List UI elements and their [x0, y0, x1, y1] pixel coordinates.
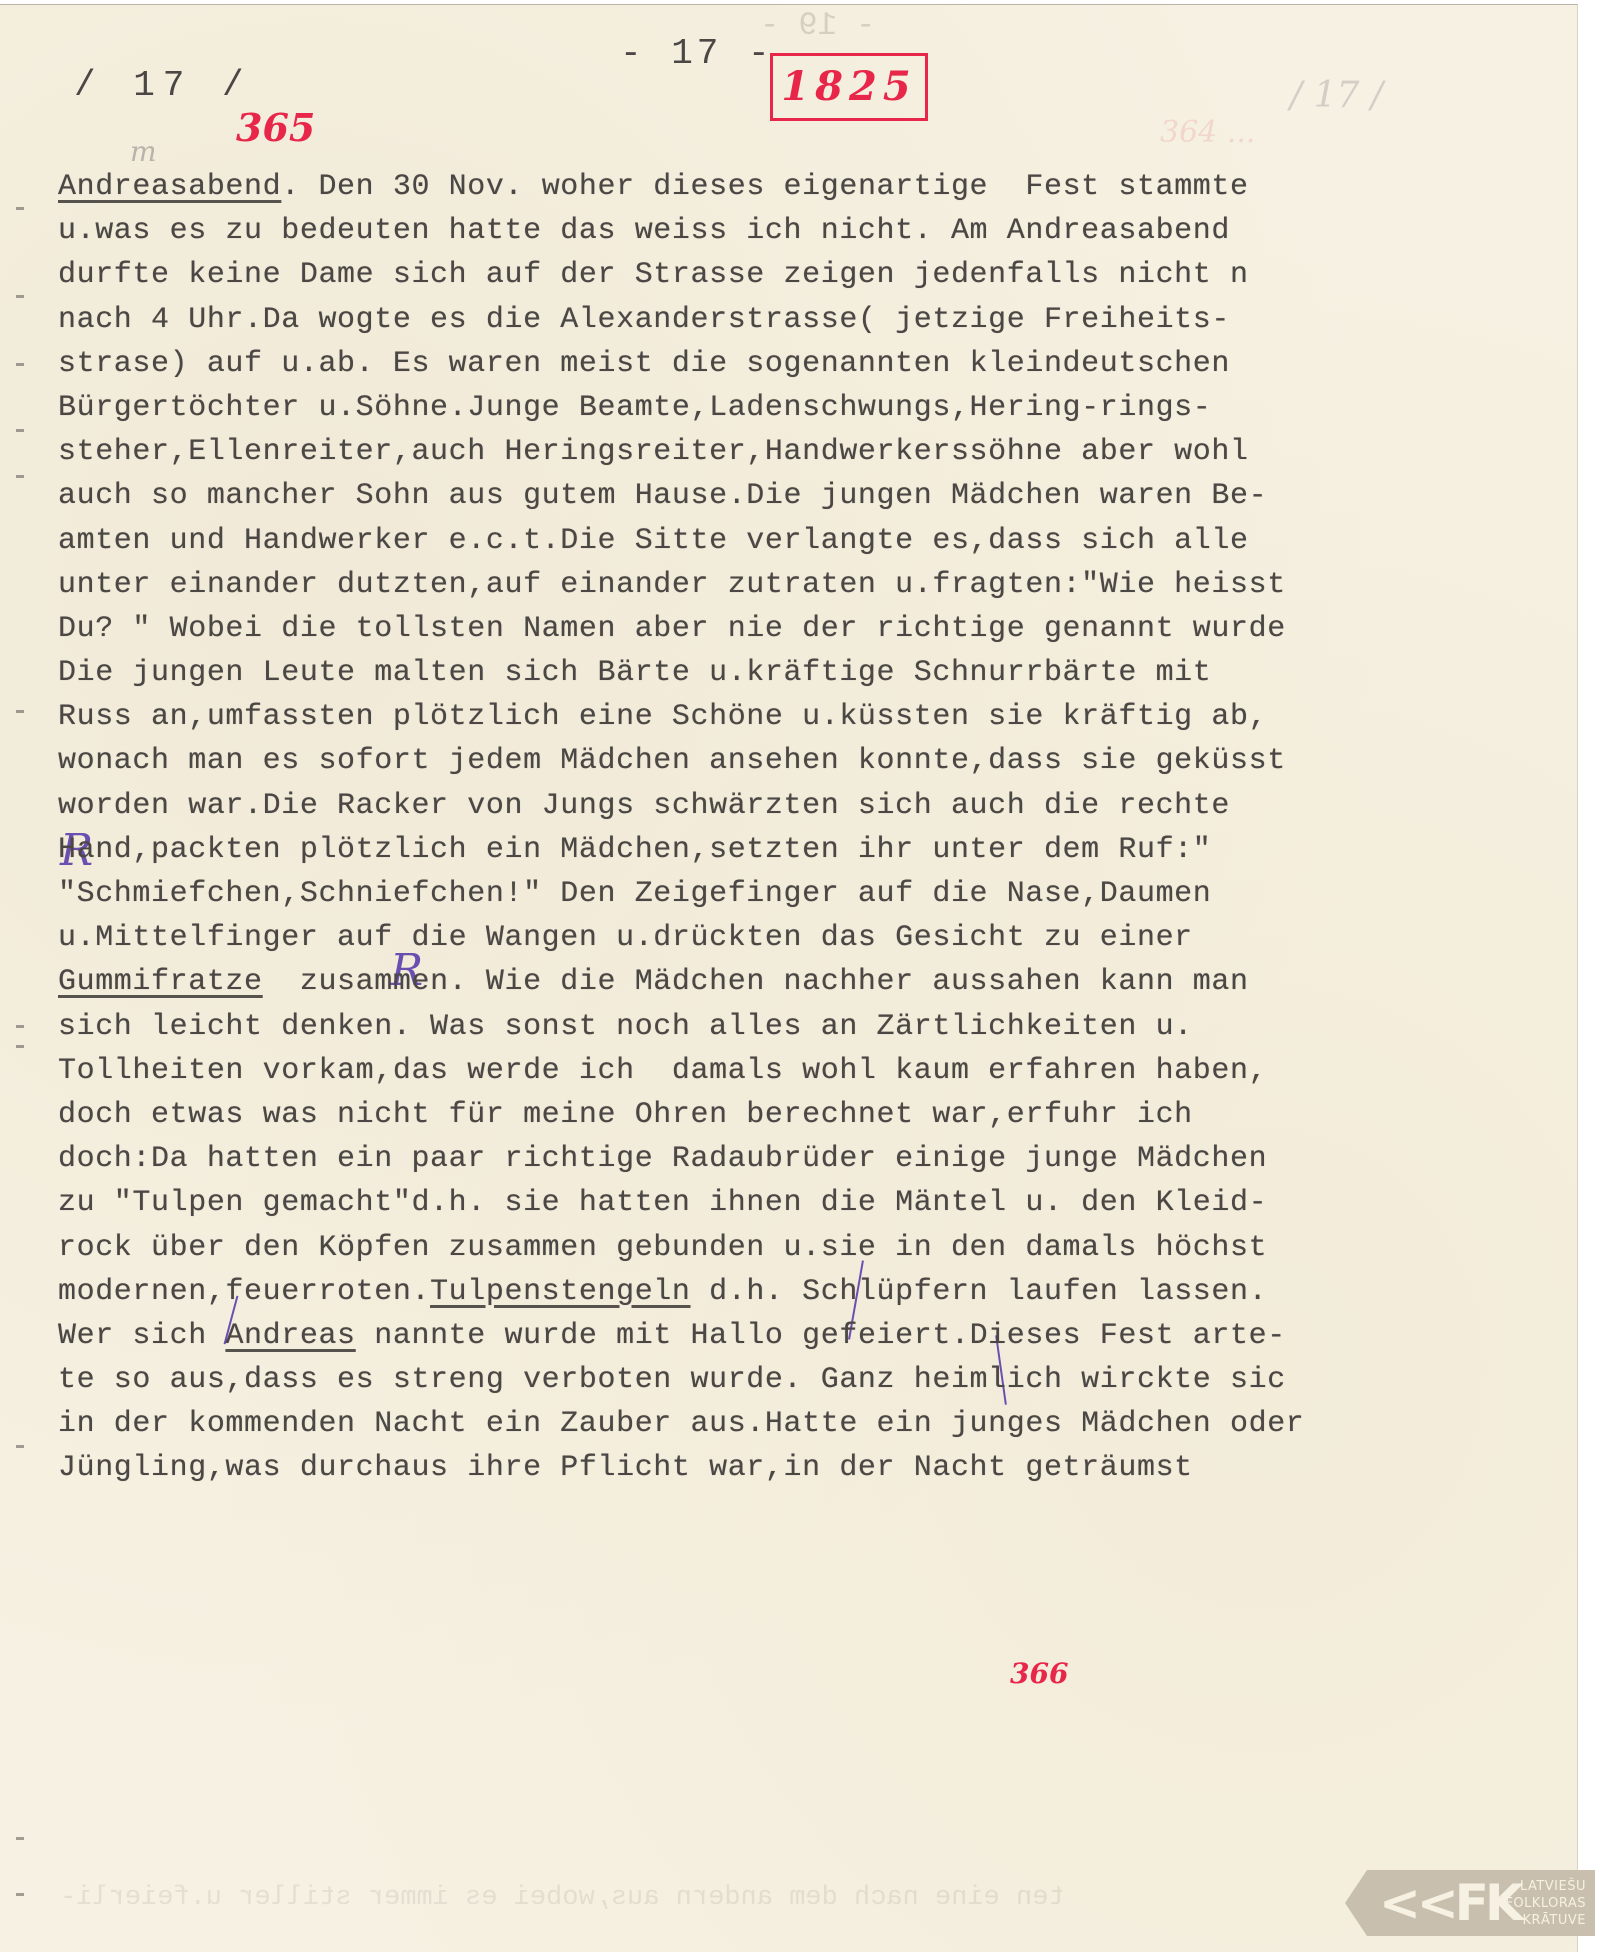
pencil-annotation: m — [130, 135, 157, 168]
text-line: u.was es zu bedeuten hatte das weiss ich… — [58, 209, 1578, 253]
margin-mark — [16, 1025, 24, 1028]
text-line: amten und Handwerker e.c.t.Die Sitte ver… — [58, 519, 1578, 563]
text-line: wonach man es sofort jedem Mädchen anseh… — [58, 739, 1578, 783]
text-line: worden war.Die Racker von Jungs schwärzt… — [58, 784, 1578, 828]
margin-mark — [16, 1893, 24, 1896]
text-line: Gummifratze zusammen. Wie die Mädchen na… — [58, 960, 1578, 1004]
text-line: Du? " Wobei die tollsten Namen aber nie … — [58, 607, 1578, 651]
text-line: Bürgertöchter u.Söhne.Junge Beamte,Laden… — [58, 386, 1578, 430]
text-line: Die jungen Leute malten sich Bärte u.krä… — [58, 651, 1578, 695]
text-line: auch so mancher Sohn aus gutem Hause.Die… — [58, 474, 1578, 518]
underlined-term: Andreas — [225, 1319, 355, 1353]
text-line: te so aus,dass es streng verboten wurde.… — [58, 1358, 1578, 1402]
text-line: "Schmiefchen,Schniefchen!" Den Zeigefing… — [58, 872, 1578, 916]
text-line: sich leicht denken. Was sonst noch alles… — [58, 1005, 1578, 1049]
faint-page-number-right: / 17 / — [1290, 75, 1383, 116]
text-line: nach 4 Uhr.Da wogte es die Alexanderstra… — [58, 298, 1578, 342]
typewritten-body: Andreasabend. Den 30 Nov. woher dieses e… — [58, 165, 1578, 1491]
margin-mark — [16, 295, 24, 298]
margin-mark — [16, 1837, 24, 1840]
page-number-center: - 17 - — [620, 33, 774, 74]
text-line: steher,Ellenreiter,auch Heringsreiter,Ha… — [58, 430, 1578, 474]
underlined-term: Tulpenstengeln — [430, 1275, 690, 1309]
red-annotation-366: 366 — [1010, 1657, 1068, 1690]
underlined-term: Andreasabend — [58, 170, 281, 204]
text-line: zu "Tulpen gemacht"d.h. sie hatten ihnen… — [58, 1181, 1578, 1225]
text-line: Tollheiten vorkam,das werde ich damals w… — [58, 1049, 1578, 1093]
text-line: unter einander dutzten,auf einander zutr… — [58, 563, 1578, 607]
text-line: Russ an,umfassten plötzlich eine Schöne … — [58, 695, 1578, 739]
margin-mark — [16, 710, 24, 713]
bleed-through-text: ten eine nach dem andern aus,wobei es im… — [60, 1883, 1065, 1913]
document-page: - 19 - / 17 / - 17 - 1825 365 m / 17 / 3… — [0, 4, 1578, 1952]
margin-mark — [16, 429, 24, 432]
text-line: doch:Da hatten ein paar richtige Radaubr… — [58, 1137, 1578, 1181]
text-line: u.Mittelfinger auf die Wangen u.drückten… — [58, 916, 1578, 960]
text-line: in der kommenden Nacht ein Zauber aus.Ha… — [58, 1402, 1578, 1446]
text-line: rock über den Köpfen zusammen gebunden u… — [58, 1226, 1578, 1270]
margin-mark — [16, 475, 24, 478]
logo-text: LATVIEŠU FOLKLORAS KRĀTUVE — [1491, 1878, 1586, 1929]
text-line: durfte keine Dame sich auf der Strasse z… — [58, 253, 1578, 297]
text-line: modernen,feuerroten.Tulpenstengeln d.h. … — [58, 1270, 1578, 1314]
archive-number-stamp: 1825 — [770, 53, 928, 121]
margin-mark — [16, 1445, 24, 1448]
margin-mark — [16, 1045, 24, 1048]
text-line: doch etwas was nicht für meine Ohren ber… — [58, 1093, 1578, 1137]
page-number-left: / 17 / — [74, 65, 252, 106]
underlined-term: Gummifratze — [58, 965, 263, 999]
red-annotation-365: 365 — [236, 105, 315, 150]
bleed-through-page-number: - 19 - — [760, 7, 875, 44]
archive-logo: <<FK LATVIEŠU FOLKLORAS KRĀTUVE — [1345, 1870, 1595, 1936]
text-line: Jüngling,was durchaus ihre Pflicht war,i… — [58, 1446, 1578, 1490]
text-line: Wer sich Andreas nannte wurde mit Hallo … — [58, 1314, 1578, 1358]
faint-annotation-right: 364 ... — [1160, 115, 1255, 150]
text-line: strase) auf u.ab. Es waren meist die sog… — [58, 342, 1578, 386]
text-line: Andreasabend. Den 30 Nov. woher dieses e… — [58, 165, 1578, 209]
text-line: Hand,packten plötzlich ein Mädchen,setzt… — [58, 828, 1578, 872]
margin-mark — [16, 207, 24, 210]
margin-mark — [16, 363, 24, 366]
